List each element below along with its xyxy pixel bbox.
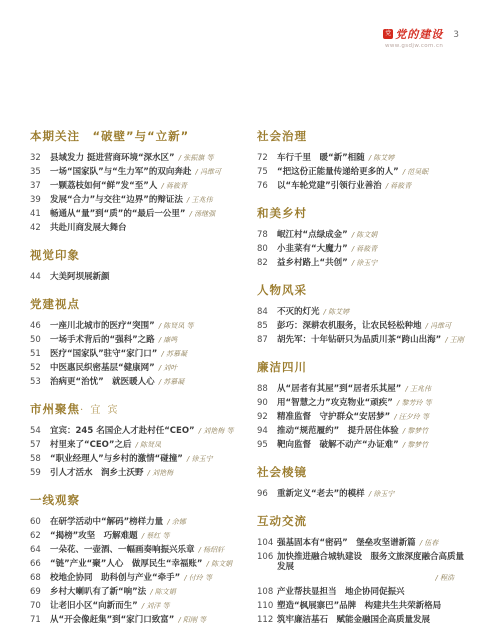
- article-title: 筑牢廉洁基石 赋能金融国企高质量发展: [277, 615, 430, 625]
- section-title: 本期关注 “破壁”与“立新”: [30, 129, 189, 143]
- article-body: “揭榜”攻坚 巧解难题/ 蔡红 等: [50, 531, 241, 541]
- article-page-number: 53: [30, 377, 50, 387]
- section-heading: 社会治理: [257, 128, 468, 144]
- article-author: / 冯维可: [426, 322, 452, 330]
- article-page-number: 112: [257, 615, 277, 625]
- article-list: 88 从“居者有其屋”到“居者乐其屋”/ 王兆伟 90 用“智慧之力”攻克物业“…: [257, 384, 468, 450]
- article-title: 在研学活动中“解码”榜样力量: [50, 517, 163, 527]
- article-title: 县域发力 挺进营商环境“深水区”: [50, 153, 175, 163]
- article-author: / 徐玉宁: [187, 455, 213, 463]
- article-body: 村里来了“CEO”之后/ 陈贤凤: [50, 440, 241, 450]
- article-title: 彭巧：深耕农机服务，让农民轻松种地: [277, 321, 422, 331]
- article-list: 104 强基固本有“密码” 堡垒攻坚谱新篇/ 伍春 106 加快推进融合城轨建设…: [257, 538, 468, 624]
- article-title: 车行千里 暖“新”相随: [277, 153, 365, 163]
- article-list: 84 不灭的灯光/ 陈艾婷 85 彭巧：深耕农机服务，让农民轻松种地/ 冯维可 …: [257, 307, 468, 345]
- toc-entry: 68 校地企协同 助科创与产业“牵手”/ 付玲 等: [30, 573, 241, 583]
- article-author: / 蒋筱青: [161, 182, 187, 190]
- toc-entry: 84 不灭的灯光/ 陈艾婷: [257, 307, 468, 317]
- article-author: / 蒋筱青: [352, 245, 378, 253]
- article-author: / 陈艾婷: [324, 308, 350, 316]
- section-heading: 社会棱镜: [257, 464, 468, 480]
- article-body: 益乡村路上“共创”/ 徐玉宁: [277, 258, 468, 268]
- article-body: 推动“规范履约” 提升居住体验/ 黎梦竹: [277, 426, 468, 436]
- article-author: / 黎梦竹: [403, 427, 429, 435]
- article-author: / 苏慕凝: [159, 378, 185, 386]
- article-title: 以“车轮党建”引领行业善治: [277, 181, 382, 191]
- article-title: 医疗“国家队”驻守“家门口”: [50, 349, 157, 359]
- toc-entry: 35 一场“国家队”与“生力军”的双向奔赴/ 冯维可: [30, 167, 241, 177]
- article-author: / 汪夕玲 等: [394, 413, 429, 421]
- article-author: / 蒋筱青: [386, 182, 412, 190]
- section-heading: 一线观察: [30, 492, 241, 508]
- article-body: 重新定义“老去”的模样/ 徐玉宁: [277, 489, 468, 499]
- section-title: 社会棱镜: [257, 465, 307, 479]
- article-page-number: 70: [30, 601, 50, 611]
- toc-entry: 71 从“开会像赶集”到“家门口致富”/ 阳刚 等: [30, 615, 241, 625]
- article-body: 精准监督 守护群众“安居梦”/ 汪夕玲 等: [277, 412, 468, 422]
- article-title: 靶向监督 破解不动产“办证难”: [277, 440, 399, 450]
- article-body: 中医惠民织密基层“健康网”/ 刘叶: [50, 363, 241, 373]
- toc-section: 市州聚焦· 宜 宾 54 宜宾：245 名国企人才赴村任“CEO”/ 刘艳梅 等…: [30, 401, 241, 478]
- toc-right-column: 社会治理 72 车行千里 暖“新”相随/ 陈艾婷 75 “把这份正能量传递给更多…: [257, 128, 468, 639]
- section-title: 廉洁四川: [257, 360, 307, 374]
- toc-section: 社会治理 72 车行千里 暖“新”相随/ 陈艾婷 75 “把这份正能量传递给更多…: [257, 128, 468, 191]
- article-author: / 王兆伟: [187, 196, 213, 204]
- article-author: / 陈文娟: [207, 560, 233, 568]
- article-author: / 徐玉宁: [369, 490, 395, 498]
- article-title: “把这份正能量传递给更多的人”: [277, 167, 399, 177]
- article-author: / 蔡红 等: [142, 532, 170, 540]
- toc-entry: 108 产业帮扶显担当 地企协同促振兴: [257, 587, 468, 597]
- article-page-number: 57: [30, 440, 50, 450]
- article-list: 72 车行千里 暖“新”相随/ 陈艾婷 75 “把这份正能量传递给更多的人”/ …: [257, 153, 468, 191]
- article-body: 一朵花、一壶酒、一幅画奏响振兴乐章/ 杨绍轩: [50, 545, 241, 555]
- article-page-number: 92: [257, 412, 277, 422]
- article-list: 32 县域发力 挺进营商环境“深水区”/ 张振旗 等 35 一场“国家队”与“生…: [30, 153, 241, 233]
- article-body: 胡先军：十年钻研只为品质川茶“跨山出海”/ 王刚: [277, 335, 468, 345]
- article-author: / 刘艳梅 等: [199, 427, 234, 435]
- toc-entry: 75 “把这份正能量传递给更多的人”/ 范吴眠: [257, 167, 468, 177]
- article-page-number: 78: [257, 230, 277, 240]
- article-author: / 黎梦竹: [403, 441, 429, 449]
- toc-section: 本期关注 “破壁”与“立新” 32 县域发力 挺进营商环境“深水区”/ 张振旗 …: [30, 128, 241, 233]
- article-title: 校地企协同 助科创与产业“牵手”: [50, 573, 180, 583]
- article-page-number: 88: [257, 384, 277, 394]
- article-page-number: 110: [257, 601, 277, 611]
- article-author: / 王刚: [445, 336, 464, 344]
- section-title: 人物风采: [257, 283, 307, 297]
- toc-section: 人物风采 84 不灭的灯光/ 陈艾婷 85 彭巧：深耕农机服务，让农民轻松种地/…: [257, 282, 468, 345]
- article-author: / 阳刚 等: [178, 616, 206, 624]
- section-heading: 廉洁四川: [257, 359, 468, 375]
- section-heading: 视觉印象: [30, 247, 241, 263]
- article-body: 引人才活水 润乡土沃野/ 刘艳梅: [50, 468, 241, 478]
- article-author: / 张振旗 等: [179, 154, 214, 162]
- article-page-number: 96: [257, 489, 277, 499]
- article-body: 一场手术背后的“强科”之路/ 廉鸣: [50, 335, 241, 345]
- toc-entry: 78 岷江村“点绿成金”/ 陈文娟: [257, 230, 468, 240]
- article-author: / 刘叶: [159, 364, 178, 372]
- article-body: 宜宾：245 名国企人才赴村任“CEO”/ 刘艳梅 等: [50, 426, 241, 436]
- article-author: / 汤继强: [190, 210, 216, 218]
- magazine-logo: 党 党的建设 www.gsdjw.com.cn: [383, 26, 443, 49]
- toc-entry: 41 畅通从“量”到“质”的“最后一公里”/ 汤继强: [30, 209, 241, 219]
- toc-entry: 112 筑牢廉洁基石 赋能金融国企高质量发展: [257, 615, 468, 625]
- article-author: / 刘艳梅: [148, 469, 174, 477]
- article-title: 胡先军：十年钻研只为品质川茶“跨山出海”: [277, 335, 441, 345]
- toc-entry: 82 益乡村路上“共创”/ 徐玉宁: [257, 258, 468, 268]
- article-page-number: 66: [30, 559, 50, 569]
- article-page-number: 80: [257, 244, 277, 254]
- toc-entry: 110 塑造“枫展寨巴”品牌 构建共生共荣新格局: [257, 601, 468, 611]
- toc-section: 社会棱镜 96 重新定义“老去”的模样/ 徐玉宁: [257, 464, 468, 499]
- toc-section: 廉洁四川 88 从“居者有其屋”到“居者乐其屋”/ 王兆伟 90 用“智慧之力”…: [257, 359, 468, 450]
- section-title: 互动交流: [257, 514, 307, 528]
- toc-section: 互动交流 104 强基固本有“密码” 堡垒攻坚谱新篇/ 伍春 106 加快推进融…: [257, 513, 468, 624]
- article-author: / 陈文娟: [352, 231, 378, 239]
- article-author: / 陈贤凤: [135, 441, 161, 449]
- toc-entry: 57 村里来了“CEO”之后/ 陈贤凤: [30, 440, 241, 450]
- article-title: 发展“合力”与交往“边界”的辩证法: [50, 195, 183, 205]
- article-list: 96 重新定义“老去”的模样/ 徐玉宁: [257, 489, 468, 499]
- article-page-number: 42: [30, 223, 50, 233]
- toc-entry: 87 胡先军：十年钻研只为品质川茶“跨山出海”/ 王刚: [257, 335, 468, 345]
- article-body: 校地企协同 助科创与产业“牵手”/ 付玲 等: [50, 573, 241, 583]
- article-page-number: 52: [30, 363, 50, 373]
- toc-entry: 60 在研学活动中“解码”榜样力量/ 余娜: [30, 517, 241, 527]
- toc-entry: 94 推动“规范履约” 提升居住体验/ 黎梦竹: [257, 426, 468, 436]
- section-heading: 人物风采: [257, 282, 468, 298]
- article-author: / 程浩: [277, 574, 468, 582]
- article-page-number: 90: [257, 398, 277, 408]
- toc-entry: 46 一座川北城市的医疗“突围”/ 陈贤凤 等: [30, 321, 241, 331]
- magazine-logo-text: 党的建设: [395, 26, 443, 42]
- article-body: 医疗“国家队”驻守“家门口”/ 苏慕凝: [50, 349, 241, 359]
- article-author: / 陈艾婷: [369, 154, 395, 162]
- article-title: 塑造“枫展寨巴”品牌 构建共生共荣新格局: [277, 601, 441, 611]
- article-page-number: 71: [30, 615, 50, 625]
- article-title: 岷江村“点绿成金”: [277, 230, 348, 240]
- toc-entry: 54 宜宾：245 名国企人才赴村任“CEO”/ 刘艳梅 等: [30, 426, 241, 436]
- article-body: 加快推进融合城轨建设 服务文旅深度融合高质量发展/ 程浩: [277, 552, 468, 582]
- section-title: 和美乡村: [257, 206, 307, 220]
- article-page-number: 35: [30, 167, 50, 177]
- article-title: 共赴川商发展大舞台: [50, 223, 127, 233]
- section-heading: 和美乡村: [257, 205, 468, 221]
- article-title: “职业经理人”与乡村的激情“碰撞”: [50, 454, 183, 464]
- article-title: 小韭菜有“大魔力”: [277, 244, 348, 254]
- page-number: 3: [453, 30, 459, 40]
- article-page-number: 51: [30, 349, 50, 359]
- article-title: 村里来了“CEO”之后: [50, 440, 131, 450]
- article-body: 产业帮扶显担当 地企协同促振兴: [277, 587, 468, 597]
- article-page-number: 64: [30, 545, 50, 555]
- article-title: 一座川北城市的医疗“突围”: [50, 321, 155, 331]
- toc-entry: 42 共赴川商发展大舞台: [30, 223, 241, 233]
- toc-entry: 50 一场手术背后的“强科”之路/ 廉鸣: [30, 335, 241, 345]
- toc-entry: 58 “职业经理人”与乡村的激情“碰撞”/ 徐玉宁: [30, 454, 241, 464]
- article-title: 一颗荔枝如何“鲜”发“至”人: [50, 181, 157, 191]
- article-list: 44 大美阿坝展新颜: [30, 272, 241, 282]
- toc-entry: 32 县域发力 挺进营商环境“深水区”/ 张振旗 等: [30, 153, 241, 163]
- article-page-number: 69: [30, 587, 50, 597]
- article-author: / 徐玉宁: [352, 259, 378, 267]
- article-page-number: 50: [30, 335, 50, 345]
- toc-entry: 66 “链”产业“聚”人心 做厚民生“幸福账”/ 陈文娟: [30, 559, 241, 569]
- article-title: 引人才活水 润乡土沃野: [50, 468, 144, 478]
- article-page-number: 85: [257, 321, 277, 331]
- article-page-number: 68: [30, 573, 50, 583]
- toc-section: 视觉印象 44 大美阿坝展新颜: [30, 247, 241, 282]
- article-title: 用“智慧之力”攻克物业“顽疾”: [277, 398, 393, 408]
- toc-entry: 51 医疗“国家队”驻守“家门口”/ 苏慕凝: [30, 349, 241, 359]
- toc-entry: 96 重新定义“老去”的模样/ 徐玉宁: [257, 489, 468, 499]
- article-title: 一朵花、一壶酒、一幅画奏响振兴乐章: [50, 545, 195, 555]
- article-author: / 刘洋 等: [142, 602, 170, 610]
- article-title: 益乡村路上“共创”: [277, 258, 348, 268]
- article-page-number: 76: [257, 181, 277, 191]
- article-page-number: 84: [257, 307, 277, 317]
- section-title: 一线观察: [30, 493, 80, 507]
- section-heading: 互动交流: [257, 513, 468, 529]
- page-header: 党 党的建设 www.gsdjw.com.cn 3: [383, 26, 459, 49]
- magazine-seal-icon: 党: [383, 29, 393, 39]
- toc-entry: 59 引人才活水 润乡土沃野/ 刘艳梅: [30, 468, 241, 478]
- section-heading: 市州聚焦· 宜 宾: [30, 401, 241, 417]
- article-body: “职业经理人”与乡村的激情“碰撞”/ 徐玉宁: [50, 454, 241, 464]
- article-title: 产业帮扶显担当 地企协同促振兴: [277, 587, 405, 597]
- article-body: 一座川北城市的医疗“突围”/ 陈贤凤 等: [50, 321, 241, 331]
- table-of-contents: 本期关注 “破壁”与“立新” 32 县域发力 挺进营商环境“深水区”/ 张振旗 …: [30, 128, 468, 639]
- toc-entry: 37 一颗荔枝如何“鲜”发“至”人/ 蒋筱青: [30, 181, 241, 191]
- article-page-number: 32: [30, 153, 50, 163]
- article-page-number: 54: [30, 426, 50, 436]
- article-page-number: 87: [257, 335, 277, 345]
- article-page-number: 41: [30, 209, 50, 219]
- toc-section: 和美乡村 78 岷江村“点绿成金”/ 陈文娟 80 小韭菜有“大魔力”/ 蒋筱青…: [257, 205, 468, 268]
- toc-entry: 64 一朵花、一壶酒、一幅画奏响振兴乐章/ 杨绍轩: [30, 545, 241, 555]
- article-title: 畅通从“量”到“质”的“最后一公里”: [50, 209, 186, 219]
- article-body: 发展“合力”与交往“边界”的辩证法/ 王兆伟: [50, 195, 241, 205]
- article-page-number: 39: [30, 195, 50, 205]
- article-title: 从“开会像赶集”到“家门口致富”: [50, 615, 174, 625]
- article-author: / 余娜: [167, 518, 186, 526]
- article-page-number: 75: [257, 167, 277, 177]
- article-body: 县域发力 挺进营商环境“深水区”/ 张振旗 等: [50, 153, 241, 163]
- article-body: 小韭菜有“大魔力”/ 蒋筱青: [277, 244, 468, 254]
- article-page-number: 72: [257, 153, 277, 163]
- article-body: 车行千里 暖“新”相随/ 陈艾婷: [277, 153, 468, 163]
- toc-section: 一线观察 60 在研学活动中“解码”榜样力量/ 余娜 62 “揭榜”攻坚 巧解难…: [30, 492, 241, 625]
- toc-entry: 76 以“车轮党建”引领行业善治/ 蒋筱青: [257, 181, 468, 191]
- article-page-number: 95: [257, 440, 277, 450]
- toc-entry: 44 大美阿坝展新颜: [30, 272, 241, 282]
- article-page-number: 108: [257, 587, 277, 597]
- article-page-number: 46: [30, 321, 50, 331]
- article-title: 加快推进融合城轨建设 服务文旅深度融合高质量发展: [277, 552, 464, 572]
- article-body: 大美阿坝展新颜: [50, 272, 241, 282]
- article-title: 治病更“治忧” 就医暖人心: [50, 377, 155, 387]
- section-subtitle: · 宜 宾: [80, 405, 120, 416]
- toc-entry: 39 发展“合力”与交往“边界”的辩证法/ 王兆伟: [30, 195, 241, 205]
- article-author: / 苏慕凝: [161, 350, 187, 358]
- article-title: 让老旧小区“向新而生”: [50, 601, 138, 611]
- article-title: 大美阿坝展新颜: [50, 272, 110, 282]
- article-page-number: 94: [257, 426, 277, 436]
- article-body: 以“车轮党建”引领行业善治/ 蒋筱青: [277, 181, 468, 191]
- article-title: 推动“规范履约” 提升居住体验: [277, 426, 399, 436]
- article-page-number: 60: [30, 517, 50, 527]
- article-body: 强基固本有“密码” 堡垒攻坚谱新篇/ 伍春: [277, 538, 468, 548]
- article-author: / 王兆伟: [405, 385, 431, 393]
- article-author: / 黎芳玲 等: [397, 399, 432, 407]
- article-title: “链”产业“聚”人心 做厚民生“幸福账”: [50, 559, 203, 569]
- article-title: 不灭的灯光: [277, 307, 320, 317]
- article-body: 从“居者有其屋”到“居者乐其屋”/ 王兆伟: [277, 384, 468, 394]
- article-page-number: 104: [257, 538, 277, 548]
- article-body: 不灭的灯光/ 陈艾婷: [277, 307, 468, 317]
- toc-entry: 70 让老旧小区“向新而生”/ 刘洋 等: [30, 601, 241, 611]
- toc-entry: 62 “揭榜”攻坚 巧解难题/ 蔡红 等: [30, 531, 241, 541]
- article-author: / 廉鸣: [159, 336, 178, 344]
- article-body: 岷江村“点绿成金”/ 陈文娟: [277, 230, 468, 240]
- section-title: 视觉印象: [30, 248, 80, 262]
- toc-entry: 92 精准监督 守护群众“安居梦”/ 汪夕玲 等: [257, 412, 468, 422]
- article-page-number: 62: [30, 531, 50, 541]
- article-title: “揭榜”攻坚 巧解难题: [50, 531, 138, 541]
- article-body: 一场“国家队”与“生力军”的双向奔赴/ 冯维可: [50, 167, 241, 177]
- article-body: 治病更“治忧” 就医暖人心/ 苏慕凝: [50, 377, 241, 387]
- article-title: 一场手术背后的“强科”之路: [50, 335, 155, 345]
- article-author: / 付玲 等: [184, 574, 212, 582]
- toc-entry: 95 靶向监督 破解不动产“办证难”/ 黎梦竹: [257, 440, 468, 450]
- article-title: 乡村大喇叭有了新“响”法: [50, 587, 146, 597]
- magazine-website-url: www.gsdjw.com.cn: [383, 43, 443, 49]
- article-body: 让老旧小区“向新而生”/ 刘洋 等: [50, 601, 241, 611]
- article-body: 在研学活动中“解码”榜样力量/ 余娜: [50, 517, 241, 527]
- toc-entry: 104 强基固本有“密码” 堡垒攻坚谱新篇/ 伍春: [257, 538, 468, 548]
- article-body: 靶向监督 破解不动产“办证难”/ 黎梦竹: [277, 440, 468, 450]
- toc-entry: 90 用“智慧之力”攻克物业“顽疾”/ 黎芳玲 等: [257, 398, 468, 408]
- article-page-number: 58: [30, 454, 50, 464]
- article-page-number: 37: [30, 181, 50, 191]
- toc-entry: 88 从“居者有其屋”到“居者乐其屋”/ 王兆伟: [257, 384, 468, 394]
- article-author: / 冯维可: [195, 168, 221, 176]
- article-title: 宜宾：245 名国企人才赴村任“CEO”: [50, 426, 195, 436]
- section-title: 社会治理: [257, 129, 307, 143]
- article-page-number: 106: [257, 552, 277, 562]
- article-body: “把这份正能量传递给更多的人”/ 范吴眠: [277, 167, 468, 177]
- toc-section: 党建视点 46 一座川北城市的医疗“突围”/ 陈贤凤 等 50 一场手术背后的“…: [30, 296, 241, 387]
- article-page-number: 82: [257, 258, 277, 268]
- article-title: 中医惠民织密基层“健康网”: [50, 363, 155, 373]
- article-title: 一场“国家队”与“生力军”的双向奔赴: [50, 167, 191, 177]
- article-body: 乡村大喇叭有了新“响”法/ 陈文娟: [50, 587, 241, 597]
- article-body: 共赴川商发展大舞台: [50, 223, 241, 233]
- article-body: 彭巧：深耕农机服务，让农民轻松种地/ 冯维可: [277, 321, 468, 331]
- article-title: 重新定义“老去”的模样: [277, 489, 365, 499]
- article-author: / 陈贤凤 等: [159, 322, 194, 330]
- article-list: 54 宜宾：245 名国企人才赴村任“CEO”/ 刘艳梅 等 57 村里来了“C…: [30, 426, 241, 478]
- article-body: “链”产业“聚”人心 做厚民生“幸福账”/ 陈文娟: [50, 559, 241, 569]
- toc-entry: 106 加快推进融合城轨建设 服务文旅深度融合高质量发展/ 程浩: [257, 552, 468, 582]
- article-author: / 陈文娟: [150, 588, 176, 596]
- article-author: / 范吴眠: [403, 168, 429, 176]
- toc-entry: 69 乡村大喇叭有了新“响”法/ 陈文娟: [30, 587, 241, 597]
- toc-left-column: 本期关注 “破壁”与“立新” 32 县域发力 挺进营商环境“深水区”/ 张振旗 …: [30, 128, 241, 639]
- article-body: 筑牢廉洁基石 赋能金融国企高质量发展: [277, 615, 468, 625]
- article-body: 一颗荔枝如何“鲜”发“至”人/ 蒋筱青: [50, 181, 241, 191]
- section-heading: 党建视点: [30, 296, 241, 312]
- article-title: 强基固本有“密码” 堡垒攻坚谱新篇: [277, 538, 416, 548]
- toc-entry: 53 治病更“治忧” 就医暖人心/ 苏慕凝: [30, 377, 241, 387]
- article-list: 46 一座川北城市的医疗“突围”/ 陈贤凤 等 50 一场手术背后的“强科”之路…: [30, 321, 241, 387]
- article-list: 60 在研学活动中“解码”榜样力量/ 余娜 62 “揭榜”攻坚 巧解难题/ 蔡红…: [30, 517, 241, 625]
- article-title: 精准监督 守护群众“安居梦”: [277, 412, 390, 422]
- magazine-toc-page: 党 党的建设 www.gsdjw.com.cn 3 本期关注 “破壁”与“立新”…: [0, 0, 485, 640]
- article-body: 畅通从“量”到“质”的“最后一公里”/ 汤继强: [50, 209, 241, 219]
- toc-entry: 80 小韭菜有“大魔力”/ 蒋筱青: [257, 244, 468, 254]
- section-title: 市州聚焦: [30, 402, 80, 416]
- article-page-number: 44: [30, 272, 50, 282]
- article-author: / 杨绍轩: [199, 546, 225, 554]
- toc-entry: 72 车行千里 暖“新”相随/ 陈艾婷: [257, 153, 468, 163]
- toc-entry: 85 彭巧：深耕农机服务，让农民轻松种地/ 冯维可: [257, 321, 468, 331]
- section-heading: 本期关注 “破壁”与“立新”: [30, 128, 241, 144]
- toc-entry: 52 中医惠民织密基层“健康网”/ 刘叶: [30, 363, 241, 373]
- article-body: 从“开会像赶集”到“家门口致富”/ 阳刚 等: [50, 615, 241, 625]
- article-title: 从“居者有其屋”到“居者乐其屋”: [277, 384, 401, 394]
- article-author: / 伍春: [420, 539, 439, 547]
- article-body: 塑造“枫展寨巴”品牌 构建共生共荣新格局: [277, 601, 468, 611]
- article-page-number: 59: [30, 468, 50, 478]
- article-body: 用“智慧之力”攻克物业“顽疾”/ 黎芳玲 等: [277, 398, 468, 408]
- article-list: 78 岷江村“点绿成金”/ 陈文娟 80 小韭菜有“大魔力”/ 蒋筱青 82 益…: [257, 230, 468, 268]
- section-title: 党建视点: [30, 297, 80, 311]
